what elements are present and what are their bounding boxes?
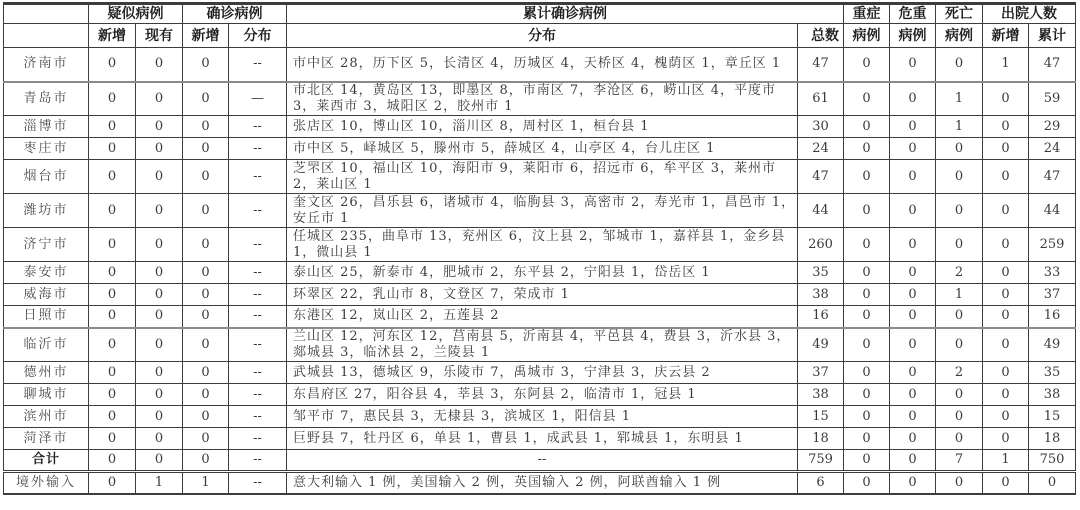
discharged-cumulative: 15 <box>1029 406 1076 428</box>
critical-cases: 0 <box>890 384 936 406</box>
severe-cases: 0 <box>844 472 890 494</box>
suspected-new: 0 <box>89 228 136 262</box>
deaths: 0 <box>936 48 983 82</box>
critical-cases: 0 <box>890 138 936 160</box>
confirmed-new: 0 <box>183 428 229 450</box>
discharged-cumulative: 0 <box>1029 472 1076 494</box>
cumulative-distribution: 市中区 28，历下区 5，长清区 4，历城区 4，天桥区 4，槐荫区 1，章丘区… <box>287 48 798 82</box>
header-confirmed: 确诊病例 <box>183 4 287 24</box>
confirmed-new: 0 <box>183 406 229 428</box>
cumulative-total: 24 <box>798 138 844 160</box>
suspected-new: 0 <box>89 48 136 82</box>
deaths: 0 <box>936 138 983 160</box>
suspected-new: 0 <box>89 262 136 284</box>
confirmed-new: 0 <box>183 306 229 328</box>
severe-cases: 0 <box>844 284 890 306</box>
confirmed-new: 0 <box>183 284 229 306</box>
suspected-current: 0 <box>136 428 183 450</box>
discharged-new: 0 <box>983 306 1029 328</box>
city-name: 枣庄市 <box>4 138 89 160</box>
critical-cases: 0 <box>890 406 936 428</box>
cumulative-distribution: 东昌府区 27，阳谷县 4，莘县 3，东阿县 2，临清市 1，冠县 1 <box>287 384 798 406</box>
deaths: 0 <box>936 472 983 494</box>
confirmed-distribution: -- <box>229 138 287 160</box>
suspected-new: 0 <box>89 116 136 138</box>
deaths: 0 <box>936 194 983 228</box>
confirmed-distribution: -- <box>229 228 287 262</box>
critical-cases: 0 <box>890 194 936 228</box>
confirmed-distribution: -- <box>229 284 287 306</box>
header-deaths-l1: 死亡 <box>936 4 983 24</box>
severe-cases: 0 <box>844 306 890 328</box>
suspected-current: 0 <box>136 284 183 306</box>
table-row: 淄博市000--张店区 10，博山区 10，淄川区 8，周村区 1，桓台县 13… <box>4 116 1076 138</box>
suspected-current: 0 <box>136 116 183 138</box>
header-critical-l2: 病例 <box>890 24 936 48</box>
critical-cases: 0 <box>890 160 936 194</box>
confirmed-distribution: -- <box>229 306 287 328</box>
cumulative-distribution: 意大利输入 1 例，美国输入 2 例，英国输入 2 例，阿联酋输入 1 例 <box>287 472 798 494</box>
confirmed-new: 0 <box>183 194 229 228</box>
deaths: 7 <box>936 450 983 472</box>
suspected-new: 0 <box>89 328 136 362</box>
discharged-cumulative: 259 <box>1029 228 1076 262</box>
suspected-current: 0 <box>136 48 183 82</box>
city-name: 合计 <box>4 450 89 472</box>
confirmed-new: 0 <box>183 450 229 472</box>
severe-cases: 0 <box>844 362 890 384</box>
confirmed-distribution: -- <box>229 450 287 472</box>
critical-cases: 0 <box>890 362 936 384</box>
deaths: 1 <box>936 82 983 116</box>
cumulative-total: 47 <box>798 160 844 194</box>
discharged-new: 0 <box>983 116 1029 138</box>
cumulative-distribution: 巨野县 7，牡丹区 6，单县 1，曹县 1，成武县 1，郓城县 1，东明县 1 <box>287 428 798 450</box>
discharged-new: 0 <box>983 362 1029 384</box>
table-row: 泰安市000--泰山区 25，新泰市 4，肥城市 2，东平县 2，宁阳县 1，岱… <box>4 262 1076 284</box>
confirmed-distribution: -- <box>229 194 287 228</box>
confirmed-distribution: -- <box>229 262 287 284</box>
confirmed-new: 0 <box>183 116 229 138</box>
confirmed-distribution: — <box>229 82 287 116</box>
city-name: 烟台市 <box>4 160 89 194</box>
discharged-new: 0 <box>983 472 1029 494</box>
discharged-new: 1 <box>983 48 1029 82</box>
cumulative-total: 47 <box>798 48 844 82</box>
critical-cases: 0 <box>890 428 936 450</box>
header-dis-new: 新增 <box>983 24 1029 48</box>
cumulative-total: 35 <box>798 262 844 284</box>
confirmed-distribution: -- <box>229 406 287 428</box>
table-row: 济宁市000--任城区 235，曲阜市 13，兖州区 6，汶上县 2，邹城市 1… <box>4 228 1076 262</box>
city-name: 滨州市 <box>4 406 89 428</box>
table-row: 德州市000--武城县 13，德城区 9，乐陵市 7，禹城市 3，宁津县 3，庆… <box>4 362 1076 384</box>
cumulative-total: 38 <box>798 384 844 406</box>
suspected-current: 0 <box>136 82 183 116</box>
cumulative-total: 16 <box>798 306 844 328</box>
discharged-cumulative: 47 <box>1029 48 1076 82</box>
cumulative-distribution: -- <box>287 450 798 472</box>
suspected-current: 0 <box>136 450 183 472</box>
deaths: 2 <box>936 362 983 384</box>
severe-cases: 0 <box>844 262 890 284</box>
suspected-new: 0 <box>89 306 136 328</box>
cumulative-total: 44 <box>798 194 844 228</box>
discharged-cumulative: 29 <box>1029 116 1076 138</box>
critical-cases: 0 <box>890 262 936 284</box>
suspected-current: 0 <box>136 384 183 406</box>
cumulative-total: 759 <box>798 450 844 472</box>
suspected-current: 1 <box>136 472 183 494</box>
confirmed-distribution: -- <box>229 48 287 82</box>
city-name: 聊城市 <box>4 384 89 406</box>
suspected-new: 0 <box>89 284 136 306</box>
city-name: 泰安市 <box>4 262 89 284</box>
confirmed-distribution: -- <box>229 160 287 194</box>
city-name: 淄博市 <box>4 116 89 138</box>
confirmed-distribution: -- <box>229 362 287 384</box>
critical-cases: 0 <box>890 82 936 116</box>
severe-cases: 0 <box>844 82 890 116</box>
cumulative-total: 61 <box>798 82 844 116</box>
header-blank <box>4 4 89 24</box>
cumulative-total: 30 <box>798 116 844 138</box>
discharged-new: 1 <box>983 450 1029 472</box>
table-row: 滨州市000--邹平市 7，惠民县 3，无棣县 3，滨城区 1，阳信县 1150… <box>4 406 1076 428</box>
confirmed-distribution: -- <box>229 428 287 450</box>
cumulative-total: 6 <box>798 472 844 494</box>
suspected-new: 0 <box>89 194 136 228</box>
critical-cases: 0 <box>890 450 936 472</box>
discharged-new: 0 <box>983 228 1029 262</box>
table-body: 济南市000--市中区 28，历下区 5，长清区 4，历城区 4，天桥区 4，槐… <box>4 48 1076 494</box>
header-sus-new: 新增 <box>89 24 136 48</box>
cumulative-total: 38 <box>798 284 844 306</box>
confirmed-new: 0 <box>183 262 229 284</box>
city-name: 青岛市 <box>4 82 89 116</box>
cumulative-distribution: 芝罘区 10，福山区 10，海阳市 9，莱阳市 6，招远市 6，牟平区 3，莱州… <box>287 160 798 194</box>
suspected-new: 0 <box>89 406 136 428</box>
header-cum-dist: 分布 <box>287 24 798 48</box>
suspected-new: 0 <box>89 384 136 406</box>
cumulative-distribution: 兰山区 12，河东区 12，莒南县 5，沂南县 4，平邑县 4，费县 3，沂水县… <box>287 328 798 362</box>
cumulative-distribution: 市北区 14，黄岛区 13，即墨区 8，市南区 7，李沧区 6，崂山区 4，平度… <box>287 82 798 116</box>
header-dis-cum: 累计 <box>1029 24 1076 48</box>
cumulative-distribution: 张店区 10，博山区 10，淄川区 8，周村区 1，桓台县 1 <box>287 116 798 138</box>
city-name: 菏泽市 <box>4 428 89 450</box>
suspected-current: 0 <box>136 306 183 328</box>
discharged-new: 0 <box>983 138 1029 160</box>
discharged-cumulative: 33 <box>1029 262 1076 284</box>
critical-cases: 0 <box>890 228 936 262</box>
severe-cases: 0 <box>844 228 890 262</box>
header-cumulative: 累计确诊病例 <box>287 4 844 24</box>
total-row: 合计000----7590071750 <box>4 450 1076 472</box>
discharged-cumulative: 37 <box>1029 284 1076 306</box>
discharged-new: 0 <box>983 160 1029 194</box>
deaths: 0 <box>936 384 983 406</box>
confirmed-new: 0 <box>183 138 229 160</box>
header-cum-total: 总数 <box>798 24 844 48</box>
severe-cases: 0 <box>844 160 890 194</box>
suspected-new: 0 <box>89 450 136 472</box>
header-suspected: 疑似病例 <box>89 4 183 24</box>
header-severe-l1: 重症 <box>844 4 890 24</box>
covid-stats-table: 疑似病例 确诊病例 累计确诊病例 重症 危重 死亡 出院人数 新增 现有 新增 … <box>3 2 1076 495</box>
suspected-current: 0 <box>136 406 183 428</box>
covid-stats-table-container: 疑似病例 确诊病例 累计确诊病例 重症 危重 死亡 出院人数 新增 现有 新增 … <box>3 2 1076 495</box>
suspected-current: 0 <box>136 228 183 262</box>
cumulative-distribution: 环翠区 22，乳山市 8，文登区 7，荣成市 1 <box>287 284 798 306</box>
table-row: 菏泽市000--巨野县 7，牡丹区 6，单县 1，曹县 1，成武县 1，郓城县 … <box>4 428 1076 450</box>
discharged-new: 0 <box>983 384 1029 406</box>
cumulative-total: 37 <box>798 362 844 384</box>
discharged-cumulative: 47 <box>1029 160 1076 194</box>
severe-cases: 0 <box>844 194 890 228</box>
confirmed-new: 1 <box>183 472 229 494</box>
header-discharged: 出院人数 <box>983 4 1076 24</box>
severe-cases: 0 <box>844 328 890 362</box>
header-conf-dist: 分布 <box>229 24 287 48</box>
city-name: 威海市 <box>4 284 89 306</box>
city-name: 济宁市 <box>4 228 89 262</box>
discharged-new: 0 <box>983 406 1029 428</box>
header-severe-l2: 病例 <box>844 24 890 48</box>
discharged-cumulative: 44 <box>1029 194 1076 228</box>
discharged-new: 0 <box>983 82 1029 116</box>
cumulative-distribution: 泰山区 25，新泰市 4，肥城市 2，东平县 2，宁阳县 1，岱岳区 1 <box>287 262 798 284</box>
deaths: 0 <box>936 228 983 262</box>
suspected-current: 0 <box>136 328 183 362</box>
table-row: 临沂市000--兰山区 12，河东区 12，莒南县 5，沂南县 4，平邑县 4，… <box>4 328 1076 362</box>
cumulative-distribution: 东港区 12，岚山区 2，五莲县 2 <box>287 306 798 328</box>
city-name: 日照市 <box>4 306 89 328</box>
table-row: 济南市000--市中区 28，历下区 5，长清区 4，历城区 4，天桥区 4，槐… <box>4 48 1076 82</box>
critical-cases: 0 <box>890 116 936 138</box>
suspected-new: 0 <box>89 138 136 160</box>
severe-cases: 0 <box>844 406 890 428</box>
suspected-current: 0 <box>136 160 183 194</box>
critical-cases: 0 <box>890 48 936 82</box>
critical-cases: 0 <box>890 284 936 306</box>
confirmed-new: 0 <box>183 82 229 116</box>
table-row: 枣庄市000--市中区 5，峄城区 5，滕州市 5，薛城区 4，山亭区 4，台儿… <box>4 138 1076 160</box>
critical-cases: 0 <box>890 472 936 494</box>
cumulative-distribution: 奎文区 26，昌乐县 6，诸城市 4，临朐县 3，高密市 2，寿光市 1，昌邑市… <box>287 194 798 228</box>
severe-cases: 0 <box>844 116 890 138</box>
cumulative-distribution: 武城县 13，德城区 9，乐陵市 7，禹城市 3，宁津县 3，庆云县 2 <box>287 362 798 384</box>
discharged-cumulative: 18 <box>1029 428 1076 450</box>
discharged-cumulative: 38 <box>1029 384 1076 406</box>
confirmed-new: 0 <box>183 384 229 406</box>
confirmed-distribution: -- <box>229 116 287 138</box>
table-row: 烟台市000--芝罘区 10，福山区 10，海阳市 9，莱阳市 6，招远市 6，… <box>4 160 1076 194</box>
severe-cases: 0 <box>844 138 890 160</box>
suspected-new: 0 <box>89 428 136 450</box>
deaths: 2 <box>936 262 983 284</box>
deaths: 0 <box>936 406 983 428</box>
cumulative-total: 49 <box>798 328 844 362</box>
deaths: 1 <box>936 116 983 138</box>
suspected-current: 0 <box>136 138 183 160</box>
severe-cases: 0 <box>844 450 890 472</box>
table-row: 青岛市000—市北区 14，黄岛区 13，即墨区 8，市南区 7，李沧区 6，崂… <box>4 82 1076 116</box>
city-name: 境外输入 <box>4 472 89 494</box>
suspected-new: 0 <box>89 362 136 384</box>
imported-row: 境外输入011--意大利输入 1 例，美国输入 2 例，英国输入 2 例，阿联酋… <box>4 472 1076 494</box>
discharged-new: 0 <box>983 262 1029 284</box>
suspected-new: 0 <box>89 82 136 116</box>
discharged-cumulative: 49 <box>1029 328 1076 362</box>
city-name: 潍坊市 <box>4 194 89 228</box>
severe-cases: 0 <box>844 48 890 82</box>
confirmed-distribution: -- <box>229 472 287 494</box>
confirmed-new: 0 <box>183 160 229 194</box>
header-critical-l1: 危重 <box>890 4 936 24</box>
cumulative-total: 18 <box>798 428 844 450</box>
confirmed-new: 0 <box>183 228 229 262</box>
severe-cases: 0 <box>844 384 890 406</box>
table-row: 威海市000--环翠区 22，乳山市 8，文登区 7，荣成市 138001037 <box>4 284 1076 306</box>
suspected-new: 0 <box>89 472 136 494</box>
discharged-new: 0 <box>983 284 1029 306</box>
discharged-new: 0 <box>983 328 1029 362</box>
header-row-1: 疑似病例 确诊病例 累计确诊病例 重症 危重 死亡 出院人数 <box>4 4 1076 24</box>
confirmed-distribution: -- <box>229 384 287 406</box>
header-sus-current: 现有 <box>136 24 183 48</box>
header-conf-new: 新增 <box>183 24 229 48</box>
city-name: 济南市 <box>4 48 89 82</box>
suspected-current: 0 <box>136 194 183 228</box>
discharged-cumulative: 750 <box>1029 450 1076 472</box>
confirmed-distribution: -- <box>229 328 287 362</box>
city-name: 临沂市 <box>4 328 89 362</box>
critical-cases: 0 <box>890 328 936 362</box>
deaths: 0 <box>936 428 983 450</box>
deaths: 0 <box>936 306 983 328</box>
suspected-new: 0 <box>89 160 136 194</box>
header-row-2: 新增 现有 新增 分布 分布 总数 病例 病例 病例 新增 累计 <box>4 24 1076 48</box>
discharged-new: 0 <box>983 194 1029 228</box>
cumulative-total: 15 <box>798 406 844 428</box>
suspected-current: 0 <box>136 362 183 384</box>
discharged-cumulative: 59 <box>1029 82 1076 116</box>
critical-cases: 0 <box>890 306 936 328</box>
deaths: 1 <box>936 284 983 306</box>
deaths: 0 <box>936 328 983 362</box>
confirmed-new: 0 <box>183 328 229 362</box>
cumulative-distribution: 任城区 235，曲阜市 13，兖州区 6，汶上县 2，邹城市 1，嘉祥县 1，金… <box>287 228 798 262</box>
suspected-current: 0 <box>136 262 183 284</box>
confirmed-new: 0 <box>183 48 229 82</box>
table-row: 潍坊市000--奎文区 26，昌乐县 6，诸城市 4，临朐县 3，高密市 2，寿… <box>4 194 1076 228</box>
deaths: 0 <box>936 160 983 194</box>
table-row: 日照市000--东港区 12，岚山区 2，五莲县 216000016 <box>4 306 1076 328</box>
severe-cases: 0 <box>844 428 890 450</box>
discharged-new: 0 <box>983 428 1029 450</box>
discharged-cumulative: 35 <box>1029 362 1076 384</box>
cumulative-total: 260 <box>798 228 844 262</box>
discharged-cumulative: 24 <box>1029 138 1076 160</box>
header-blank-2 <box>4 24 89 48</box>
cumulative-distribution: 邹平市 7，惠民县 3，无棣县 3，滨城区 1，阳信县 1 <box>287 406 798 428</box>
cumulative-distribution: 市中区 5，峄城区 5，滕州市 5，薛城区 4，山亭区 4，台儿庄区 1 <box>287 138 798 160</box>
city-name: 德州市 <box>4 362 89 384</box>
table-row: 聊城市000--东昌府区 27，阳谷县 4，莘县 3，东阿县 2，临清市 1，冠… <box>4 384 1076 406</box>
discharged-cumulative: 16 <box>1029 306 1076 328</box>
header-deaths-l2: 病例 <box>936 24 983 48</box>
confirmed-new: 0 <box>183 362 229 384</box>
